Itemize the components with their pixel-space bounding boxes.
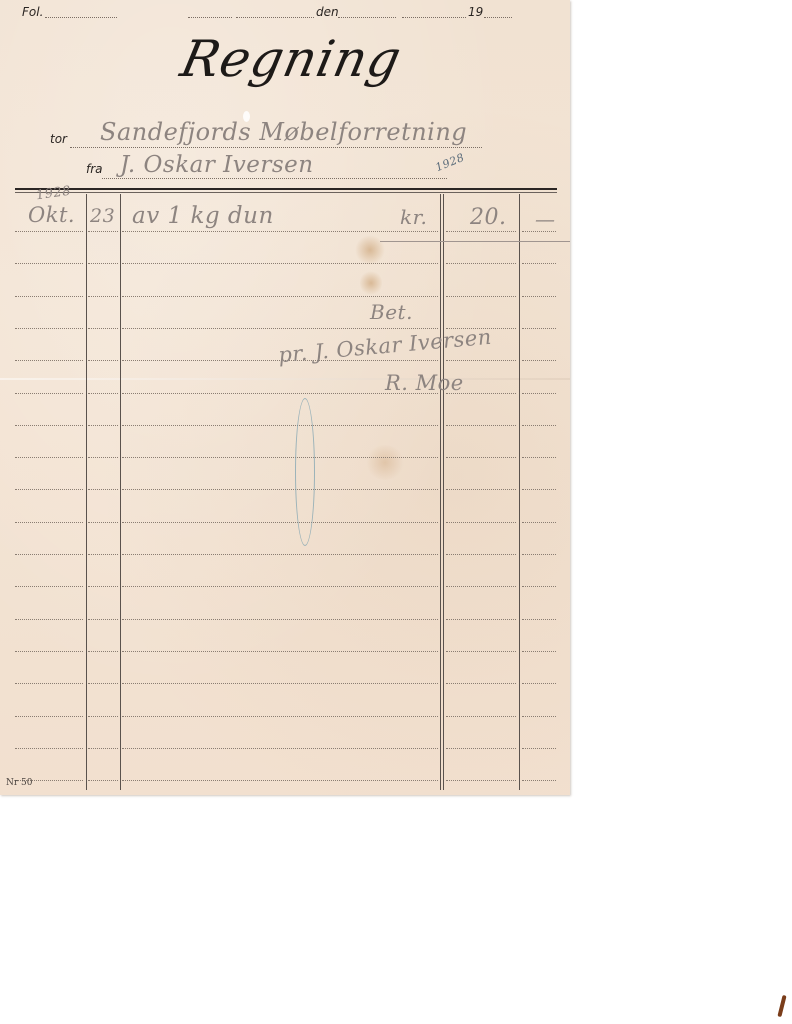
row-rule	[446, 683, 516, 684]
stain	[365, 445, 405, 480]
receipt-paid: Bet.	[370, 300, 413, 324]
row-rule	[122, 780, 438, 781]
row-rule	[88, 263, 118, 264]
row-rule	[122, 522, 438, 523]
row-rule	[446, 780, 516, 781]
fol-field	[45, 17, 117, 18]
stain	[355, 235, 385, 265]
row-rule	[122, 586, 438, 587]
row-rule	[522, 651, 556, 652]
row-rule	[446, 425, 516, 426]
row-rule	[522, 619, 556, 620]
row-rule	[522, 328, 556, 329]
row-rule	[122, 425, 438, 426]
sum-underline	[380, 241, 570, 242]
row-rule	[88, 425, 118, 426]
date-field	[338, 17, 396, 18]
row-rule	[522, 780, 556, 781]
row-rule	[88, 748, 118, 749]
to-line	[70, 147, 482, 148]
column-divider-kroner-ore	[519, 194, 520, 790]
row-rule	[446, 263, 516, 264]
row-rule	[88, 328, 118, 329]
row-rule	[122, 683, 438, 684]
row-rule	[15, 393, 83, 394]
row-rule	[88, 360, 118, 361]
to-value: Sandefjords Møbelforretning	[100, 118, 467, 146]
column-divider-day-description	[120, 194, 121, 790]
row-rule	[446, 651, 516, 652]
column-divider-month-day	[86, 194, 87, 790]
year-annotation: 1928	[434, 151, 467, 174]
den-label: den	[316, 5, 339, 19]
row-rule	[446, 231, 516, 232]
blue-pencil-mark	[295, 398, 315, 546]
row-rule	[446, 296, 516, 297]
form-number: Nr 50	[6, 778, 33, 788]
column-divider-description-kroner-double	[443, 194, 444, 790]
row-rule	[522, 522, 556, 523]
from-label: fra	[86, 162, 103, 176]
row-rule	[446, 522, 516, 523]
row-rule	[122, 748, 438, 749]
place-field	[188, 17, 232, 18]
row-rule	[15, 457, 83, 458]
row-rule	[522, 716, 556, 717]
row-rule	[88, 296, 118, 297]
row-rule	[522, 296, 556, 297]
row-rule	[522, 586, 556, 587]
row-rule	[446, 748, 516, 749]
fol-label: Fol.	[22, 5, 43, 19]
row-rule	[522, 231, 556, 232]
row-rule	[446, 716, 516, 717]
item-kroner: 20.	[470, 205, 507, 230]
row-rule	[88, 554, 118, 555]
row-rule	[522, 360, 556, 361]
row-rule	[522, 748, 556, 749]
from-line	[102, 178, 447, 179]
row-rule	[122, 554, 438, 555]
row-rule	[122, 457, 438, 458]
year-label: 19	[468, 5, 483, 19]
receipt-signature: R. Moe	[385, 371, 464, 395]
row-rule	[15, 554, 83, 555]
row-rule	[15, 328, 83, 329]
row-rule	[522, 457, 556, 458]
year-field	[484, 17, 512, 18]
item-day: 23	[90, 205, 115, 227]
row-rule	[88, 780, 118, 781]
row-rule	[88, 393, 118, 394]
row-rule	[88, 231, 118, 232]
header-rule	[15, 188, 557, 190]
row-rule	[88, 489, 118, 490]
row-rule	[88, 457, 118, 458]
corner-ink-mark	[777, 995, 786, 1017]
item-description: av 1 kg dun	[132, 203, 274, 229]
row-rule	[522, 683, 556, 684]
item-month: Okt.	[28, 203, 75, 227]
date-field	[402, 17, 466, 18]
row-rule	[15, 619, 83, 620]
row-rule	[88, 716, 118, 717]
row-rule	[15, 489, 83, 490]
row-rule	[446, 586, 516, 587]
row-rule	[122, 619, 438, 620]
row-rule	[522, 425, 556, 426]
from-value: J. Oskar Iversen	[120, 152, 314, 178]
row-rule	[15, 231, 83, 232]
row-rule	[15, 586, 83, 587]
row-rule	[122, 296, 438, 297]
row-rule	[15, 716, 83, 717]
row-rule	[15, 425, 83, 426]
item-ore: —	[535, 207, 556, 231]
row-rule	[446, 619, 516, 620]
row-rule	[15, 263, 83, 264]
row-rule	[88, 683, 118, 684]
row-rule	[122, 489, 438, 490]
item-year: 1928	[35, 184, 72, 204]
row-rule	[15, 683, 83, 684]
row-rule	[122, 716, 438, 717]
row-rule	[88, 651, 118, 652]
row-rule	[522, 263, 556, 264]
stain	[360, 270, 382, 296]
column-divider-description-kroner	[440, 194, 441, 790]
row-rule	[122, 328, 438, 329]
row-rule	[88, 522, 118, 523]
header-rule-thin	[15, 192, 557, 193]
row-rule	[522, 393, 556, 394]
to-label: tor	[50, 132, 67, 146]
row-rule	[88, 586, 118, 587]
row-rule	[522, 554, 556, 555]
row-rule	[446, 554, 516, 555]
row-rule	[446, 489, 516, 490]
row-rule	[15, 748, 83, 749]
item-currency: kr.	[400, 205, 427, 229]
row-rule	[88, 619, 118, 620]
row-rule	[15, 651, 83, 652]
row-rule	[122, 231, 438, 232]
row-rule	[122, 651, 438, 652]
row-rule	[122, 263, 438, 264]
document-title: Regning	[176, 30, 407, 88]
row-rule	[15, 296, 83, 297]
row-rule	[15, 360, 83, 361]
place-field	[236, 17, 314, 18]
invoice-paper: Fol. den 19 Regning tor Sandefjords Møbe…	[0, 0, 570, 795]
row-rule	[15, 522, 83, 523]
row-rule	[522, 489, 556, 490]
row-rule	[446, 360, 516, 361]
row-rule	[446, 457, 516, 458]
